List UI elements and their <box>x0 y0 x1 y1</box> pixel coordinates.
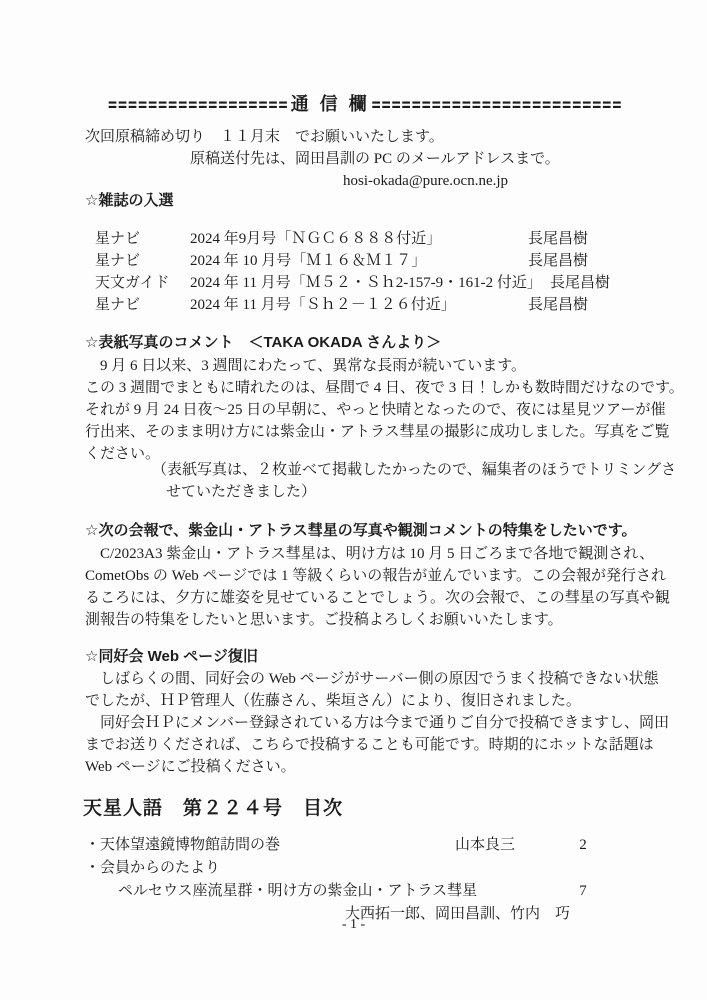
magazine-author: 長尾昌樹 <box>520 250 588 272</box>
toc-item: ・会員からのたより <box>85 857 605 880</box>
body-line: 行出来、そのまま明け方には紫金山・アトラス彗星の撮影に成功しました。写真をご覧 <box>85 421 630 443</box>
toc-item-title: ペルセウス座流星群・明け方の紫金山・アトラス彗星 <box>85 883 477 899</box>
toc-item-title: ・会員からのたより <box>85 860 220 876</box>
table-row: 星ナビ 2024 年9月号「ＮＧＣ６８８８付近」 長尾昌樹 <box>95 228 588 250</box>
magazine-author: 長尾昌樹 <box>542 272 610 294</box>
body-line: しばらくの間、同好会の Web ページがサーバー側の原因でうまく投稿できない状態 <box>85 668 630 690</box>
body-line: この 3 週間でまともに晴れたのは、昼間で 4 日、夜で 3 日！しかも数時間だ… <box>85 377 630 399</box>
note-line: （表紙写真は、２枚並べて掲載したかったので、編集者のほうでトリミングさ <box>85 459 630 481</box>
table-row: 星ナビ 2024 年 10 月号「Ｍ１６＆Ｍ１７」 長尾昌樹 <box>95 250 588 272</box>
toc-title: 天星人語 第２２４号 目次 <box>83 796 343 822</box>
page-number: - 1 - <box>0 915 707 935</box>
header-rule-left: ================== <box>108 89 289 119</box>
toc-item: ・天体望遠鏡博物館訪問の巻 山本良三 2 <box>85 834 605 857</box>
comet-section-heading: ☆次の会報で、紫金山・アトラス彗星の写真や観測コメントの特集をしたいです。 <box>85 520 637 542</box>
toc-item-title: ・天体望遠鏡博物館訪問の巻 <box>85 837 280 853</box>
magazine-issue: 2024 年 10 月号「Ｍ１６＆Ｍ１７」 <box>190 250 426 272</box>
body-line: Web ページにご投稿ください。 <box>85 756 630 778</box>
magazine-section-heading: ☆雑誌の入選 <box>85 190 173 212</box>
magazine-name: 星ナビ <box>95 228 190 250</box>
magazine-name: 星ナビ <box>95 294 190 316</box>
section-header: ================== 通 信 欄 ===============… <box>108 92 622 116</box>
magazine-author: 長尾昌樹 <box>520 228 588 250</box>
email-address: hosi-okada@pure.ocn.ne.jp <box>85 170 625 192</box>
page-title: 通 信 欄 <box>291 92 370 116</box>
comet-section-body: C/2023A3 紫金山・アトラス彗星は、明け方は 10 月 5 日ごろまで各地… <box>85 543 630 631</box>
body-line: 同好会ＨＰにメンバー登録されている方は今まで通りご自分で投稿できますし、岡田 <box>85 712 630 734</box>
table-row: 星ナビ 2024 年 11 月号「Ｓｈ２－１２６付近」 長尾昌樹 <box>95 294 588 316</box>
web-section-heading: ☆同好会 Web ページ復旧 <box>85 646 258 668</box>
deadline-notice: 次回原稿締め切り １１月末 でお願いいたします。 原稿送付先は、岡田昌訓の PC… <box>85 126 625 192</box>
magazine-author: 長尾昌樹 <box>520 294 588 316</box>
magazine-issue: 2024 年 11 月号「Ｓｈ２－１２６付近」 <box>190 294 456 316</box>
cover-section-note: （表紙写真は、２枚並べて掲載したかったので、編集者のほうでトリミングさ せていた… <box>85 459 630 503</box>
magazine-name: 天文ガイド <box>95 272 190 294</box>
toc-item-author: 山本良三 <box>455 834 515 857</box>
send-address-line: 原稿送付先は、岡田昌訓の PC のメールアドレスまで。 <box>85 148 625 170</box>
toc-item-page: 7 <box>573 880 593 903</box>
body-line: 9 月 6 日以来、3 週間にわたって、異常な長雨が続いています。 <box>85 355 630 377</box>
body-line: それが 9 月 24 日夜～25 日の早朝に、やっと快晴となったので、夜には星見… <box>85 399 630 421</box>
cover-section-body: 9 月 6 日以来、3 週間にわたって、異常な長雨が続いています。 この 3 週… <box>85 355 630 465</box>
body-line: C/2023A3 紫金山・アトラス彗星は、明け方は 10 月 5 日ごろまで各地… <box>85 543 630 565</box>
deadline-line: 次回原稿締め切り １１月末 でお願いいたします。 <box>85 126 625 148</box>
body-line: でしたが、ＨＰ管理人（佐藤さん、柴垣さん）により、復旧されました。 <box>85 690 630 712</box>
body-line: までお送りくだされば、こちらで投稿することも可能です。時期的にホットな話題は <box>85 734 630 756</box>
note-line: せていただきました） <box>85 481 630 503</box>
toc-item-page: 2 <box>573 834 593 857</box>
web-section-body: しばらくの間、同好会の Web ページがサーバー側の原因でうまく投稿できない状態… <box>85 668 630 778</box>
body-line: 測報告の特集をしたいと思います。ご投稿よろしくお願いいたします。 <box>85 609 630 631</box>
magazine-issue: 2024 年 11 月号「Ｍ５２・Ｓｈ2-157-9・161-2 付近」 <box>190 272 542 294</box>
header-rule-right: ========================= <box>372 89 623 119</box>
magazine-table: 星ナビ 2024 年9月号「ＮＧＣ６８８８付近」 長尾昌樹 星ナビ 2024 年… <box>95 228 588 316</box>
cover-section-heading: ☆表紙写真のコメント ＜TAKA OKADA さんより＞ <box>85 332 441 354</box>
toc-item: ペルセウス座流星群・明け方の紫金山・アトラス彗星 7 <box>85 880 605 903</box>
newsletter-page: ================== 通 信 欄 ===============… <box>0 0 707 1000</box>
table-row: 天文ガイド 2024 年 11 月号「Ｍ５２・Ｓｈ2-157-9・161-2 付… <box>95 272 588 294</box>
body-line: るころには、夕方に雄姿を見せていることでしょう。次の会報で、この彗星の写真や観 <box>85 587 630 609</box>
toc-list: ・天体望遠鏡博物館訪問の巻 山本良三 2 ・会員からのたより ペルセウス座流星群… <box>85 834 605 926</box>
magazine-name: 星ナビ <box>95 250 190 272</box>
body-line: CometObs の Web ページでは 1 等級くらいの報告が並んでいます。こ… <box>85 565 630 587</box>
magazine-issue: 2024 年9月号「ＮＧＣ６８８８付近」 <box>190 228 441 250</box>
